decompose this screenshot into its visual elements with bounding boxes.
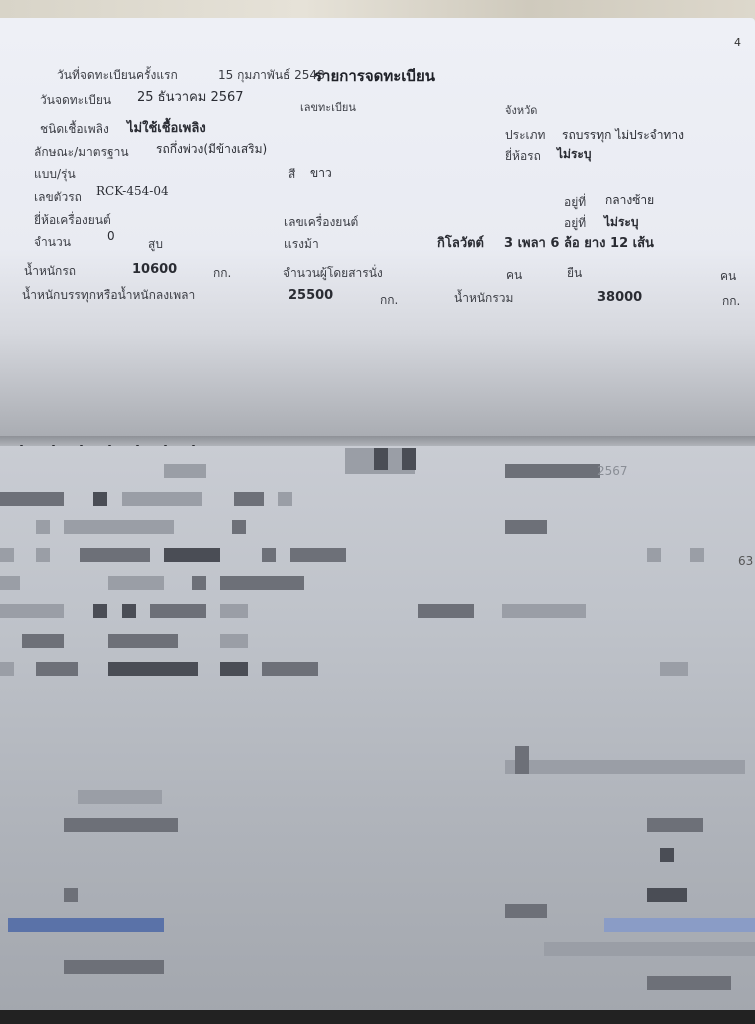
registration-page-lower-redacted: 2567 63 — [0, 446, 755, 1012]
redacted-block — [0, 576, 20, 590]
redacted-block — [8, 918, 164, 932]
load-weight-label: น้ำหนักบรรทุกหรือน้ำหนักลงเพลา — [22, 286, 195, 305]
redacted-fragment: 2567 — [597, 464, 628, 478]
cylinders-unit: สูบ — [148, 235, 163, 254]
redacted-block — [164, 464, 206, 478]
redacted-block — [64, 520, 174, 534]
redacted-block — [544, 942, 755, 956]
standard-value: รถกึ่งพ่วง(มีข้างเสริม) — [156, 140, 267, 159]
redacted-block — [374, 448, 388, 470]
fuel-type-value: ไม่ใช้เชื้อเพลิง — [127, 117, 206, 138]
axles-wheels-tires: 3 เพลา 6 ล้อ ยาง 12 เส้น — [504, 232, 654, 253]
standing-label: ยืน — [567, 264, 582, 283]
horsepower-label: แรงม้า — [284, 235, 319, 254]
redacted-block — [220, 662, 248, 676]
total-weight-value: 38000 — [597, 290, 642, 305]
redacted-block — [0, 662, 14, 676]
redacted-fragment: 63 — [738, 554, 753, 568]
redacted-block — [505, 760, 745, 774]
engine-number-label: เลขเครื่องยนต์ — [284, 213, 358, 232]
redacted-block — [0, 492, 64, 506]
redacted-block — [505, 520, 547, 534]
load-weight-value: 25500 — [288, 288, 333, 303]
first-registered-date: 15 กุมภาพันธ์ 2548 — [218, 66, 325, 85]
redacted-block — [505, 464, 600, 478]
page-number: 4 — [734, 36, 741, 49]
chassis-location-label: อยู่ที่ — [564, 193, 586, 212]
redacted-block — [192, 576, 206, 590]
redacted-block — [93, 604, 107, 618]
redacted-block — [647, 888, 687, 902]
redacted-block — [64, 888, 78, 902]
redacted-block — [418, 604, 474, 618]
redacted-block — [220, 576, 304, 590]
redacted-block — [515, 746, 529, 774]
redacted-block — [262, 548, 276, 562]
section-title: รายการจดทะเบียน — [314, 64, 435, 88]
vehicle-weight-value: 10600 — [132, 262, 177, 277]
vehicle-weight-label: น้ำหนักรถ — [24, 262, 76, 281]
redacted-block — [108, 634, 178, 648]
cylinders-label: จำนวน — [34, 233, 71, 252]
cylinders-value: 0 — [107, 229, 115, 243]
redacted-block — [604, 918, 755, 932]
registration-number-label: เลขทะเบียน — [300, 98, 356, 116]
redacted-block — [0, 548, 14, 562]
redacted-block — [64, 960, 164, 974]
color-label: สี — [288, 165, 295, 184]
redacted-block — [262, 662, 318, 676]
redacted-block — [505, 904, 547, 918]
standard-label: ลักษณะ/มาตรฐาน — [34, 143, 129, 162]
redacted-block — [150, 604, 206, 618]
brand-label: ยี่ห้อรถ — [505, 147, 541, 166]
redacted-block — [64, 818, 178, 832]
redacted-block — [220, 604, 248, 618]
redacted-block — [660, 848, 674, 862]
redacted-block — [647, 818, 703, 832]
load-weight-unit: กก. — [380, 291, 398, 310]
redacted-block — [690, 548, 704, 562]
province-label: จังหวัด — [505, 101, 537, 119]
first-registered-label: วันที่จดทะเบียนครั้งแรก — [57, 66, 178, 85]
vehicle-weight-unit: กก. — [213, 264, 231, 283]
brand-value: ไม่ระบุ — [557, 145, 591, 164]
redacted-block — [122, 604, 136, 618]
chassis-number-value: RCK-454-04 — [96, 184, 169, 198]
vehicle-type-label: ประเภท — [505, 126, 545, 145]
total-weight-unit: กก. — [722, 292, 740, 311]
fuel-type-label: ชนิดเชื้อเพลิง — [40, 120, 109, 139]
engine-brand-label: ยี่ห้อเครื่องยนต์ — [34, 211, 111, 230]
chassis-location-value: กลางซ้าย — [605, 191, 654, 210]
redacted-block — [647, 976, 731, 990]
engine-location-value: ไม่ระบุ — [604, 213, 638, 232]
kilowatt-label: กิโลวัตต์ — [437, 232, 484, 253]
redacted-block — [93, 492, 107, 506]
model-label: แบบ/รุ่น — [34, 165, 76, 184]
table-edge — [0, 1010, 755, 1024]
redacted-block — [36, 662, 78, 676]
chassis-number-label: เลขตัวรถ — [34, 188, 82, 207]
redacted-block — [234, 492, 264, 506]
vehicle-type-value: รถบรรทุก ไม่ประจำทาง — [562, 126, 684, 145]
registration-date: 25 ธันวาคม 2567 — [137, 86, 244, 107]
redacted-block — [108, 662, 198, 676]
seated-passengers-label: จำนวนผู้โดยสารนั่ง — [283, 264, 383, 283]
redacted-block — [164, 548, 220, 562]
redacted-block — [122, 492, 202, 506]
redacted-block — [278, 492, 292, 506]
redacted-block — [108, 576, 164, 590]
redacted-block — [80, 548, 150, 562]
redacted-block — [220, 634, 248, 648]
redacted-block — [22, 634, 64, 648]
standing-unit: คน — [720, 267, 736, 286]
color-value: ขาว — [310, 164, 332, 183]
redacted-block — [36, 520, 50, 534]
seated-unit: คน — [506, 266, 522, 285]
redacted-block — [0, 604, 64, 618]
registration-page-upper: 4 วันที่จดทะเบียนครั้งแรก 15 กุมภาพันธ์ … — [0, 18, 755, 438]
redacted-block — [502, 604, 586, 618]
redacted-block — [660, 662, 688, 676]
redacted-block — [647, 548, 661, 562]
redacted-block — [290, 548, 346, 562]
redacted-block — [232, 520, 246, 534]
redacted-block — [78, 790, 162, 804]
registration-date-label: วันจดทะเบียน — [40, 91, 111, 110]
redacted-block — [402, 448, 416, 470]
redacted-block — [36, 548, 50, 562]
engine-location-label: อยู่ที่ — [564, 214, 586, 233]
total-weight-label: น้ำหนักรวม — [454, 289, 513, 308]
